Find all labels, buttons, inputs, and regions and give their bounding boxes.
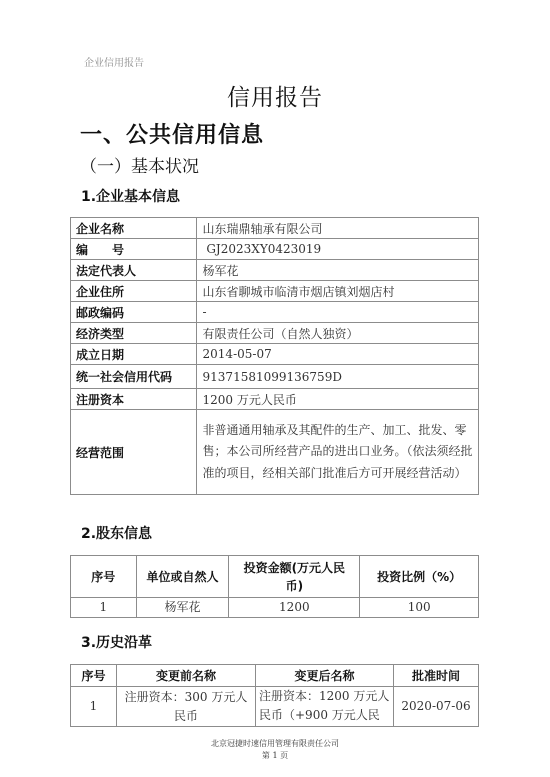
column-header: 投资比例（%） — [360, 556, 479, 598]
cell-no: 1 — [71, 598, 137, 618]
field-value: 2014-05-07 — [196, 344, 478, 365]
field-label: 统一社会信用代码 — [71, 365, 197, 389]
shareholders-table: 序号 单位或自然人 投资金额(万元人民币) 投资比例（%） 1 杨军花 1200… — [70, 555, 479, 618]
field-label: 邮政编码 — [71, 302, 197, 323]
table-row: 统一社会信用代码 91371581099136759D — [71, 365, 479, 389]
field-label: 经营范围 — [71, 410, 197, 495]
basic-info-table: 企业名称 山东瑞鼎轴承有限公司 编 号 GJ2023XY0423019 法定代表… — [70, 217, 479, 495]
document-title: 信用报告 — [0, 79, 550, 112]
column-header: 序号 — [71, 665, 117, 687]
field-label: 注册资本 — [71, 389, 197, 410]
field-value: 91371581099136759D — [196, 365, 478, 389]
table-header-row: 序号 变更前名称 变更后名称 批准时间 — [71, 665, 479, 687]
field-label: 法定代表人 — [71, 260, 197, 281]
footer-company: 北京冠捷时速信用管理有限责任公司 — [0, 738, 550, 749]
cell-ratio: 100 — [360, 598, 479, 618]
table-header-row: 序号 单位或自然人 投资金额(万元人民币) 投资比例（%） — [71, 556, 479, 598]
table-row: 企业名称 山东瑞鼎轴承有限公司 — [71, 218, 479, 239]
column-header: 变更前名称 — [117, 665, 256, 687]
running-header: 企业信用报告 — [84, 54, 144, 69]
column-header: 变更后名称 — [256, 665, 394, 687]
column-header: 投资金额(万元人民币) — [229, 556, 360, 598]
table-row: 经营范围 非普通通用轴承及其配件的生产、加工、批发、零售；本公司所经营产品的进出… — [71, 410, 479, 495]
field-label: 成立日期 — [71, 344, 197, 365]
page-number: 第 1 页 — [0, 750, 550, 761]
field-value: 杨军花 — [196, 260, 478, 281]
table-row: 编 号 GJ2023XY0423019 — [71, 239, 479, 260]
field-label: 企业住所 — [71, 281, 197, 302]
field-value: 非普通通用轴承及其配件的生产、加工、批发、零售；本公司所经营产品的进出口业务。（… — [196, 410, 478, 495]
field-label: 编 号 — [71, 239, 197, 260]
cell-after: 注册资本：1200 万元人民币（+900 万元人民 — [256, 687, 394, 727]
table-row: 成立日期 2014-05-07 — [71, 344, 479, 365]
cell-date: 2020-07-06 — [394, 687, 479, 727]
table-row: 企业住所 山东省聊城市临清市烟店镇刘烟店村 — [71, 281, 479, 302]
subsection-heading: （一）基本状况 — [80, 152, 199, 177]
basic-info-heading: 1.企业基本信息 — [81, 186, 180, 206]
cell-no: 1 — [71, 687, 117, 727]
table-row: 邮政编码 - — [71, 302, 479, 323]
history-heading: 3.历史沿革 — [81, 632, 152, 652]
section-heading: 一、公共信用信息 — [80, 118, 264, 149]
cell-amount: 1200 — [229, 598, 360, 618]
cell-name: 杨军花 — [136, 598, 229, 618]
field-value: 山东省聊城市临清市烟店镇刘烟店村 — [196, 281, 478, 302]
field-value: 有限责任公司（自然人独资） — [196, 323, 478, 344]
table-row: 法定代表人 杨军花 — [71, 260, 479, 281]
field-value: GJ2023XY0423019 — [196, 239, 478, 260]
column-header: 批准时间 — [394, 665, 479, 687]
cell-after-text: 注册资本：1200 万元人民币（+900 万元人民 — [259, 687, 390, 726]
column-header: 单位或自然人 — [136, 556, 229, 598]
history-table: 序号 变更前名称 变更后名称 批准时间 1 注册资本：300 万元人民币 注册资… — [70, 664, 479, 727]
table-row: 1 注册资本：300 万元人民币 注册资本：1200 万元人民币（+900 万元… — [71, 687, 479, 727]
field-value: 山东瑞鼎轴承有限公司 — [196, 218, 478, 239]
shareholders-heading: 2.股东信息 — [81, 523, 152, 543]
table-row: 注册资本 1200 万元人民币 — [71, 389, 479, 410]
field-value: 1200 万元人民币 — [196, 389, 478, 410]
field-label: 企业名称 — [71, 218, 197, 239]
table-row: 经济类型 有限责任公司（自然人独资） — [71, 323, 479, 344]
field-value: - — [196, 302, 478, 323]
table-row: 1 杨军花 1200 100 — [71, 598, 479, 618]
column-header: 序号 — [71, 556, 137, 598]
cell-before: 注册资本：300 万元人民币 — [117, 687, 256, 727]
field-label: 经济类型 — [71, 323, 197, 344]
